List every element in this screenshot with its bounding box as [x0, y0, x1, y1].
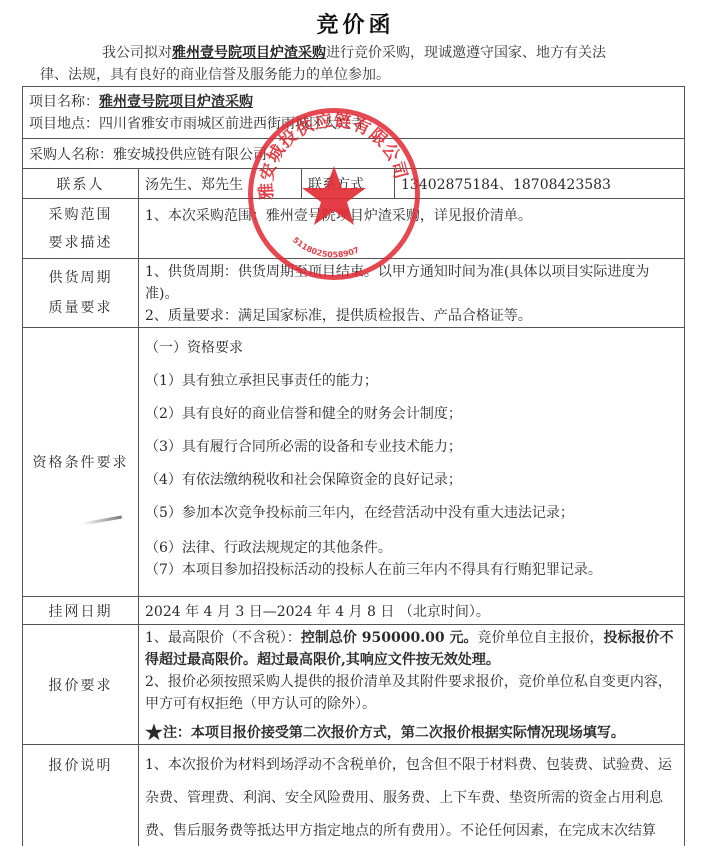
qualification-item-5: （5）参加本次竞争投标前三年内，在经营活动中没有重大违法记录； — [145, 497, 678, 530]
star-icon: ★ — [145, 720, 163, 744]
quote-requirements-text: 1、最高限价（不含税）：控制总价 950000.00 元。竞价单位自主报价，投标… — [139, 625, 685, 745]
bid-info-table: 项目名称：雅州壹号院项目炉渣采购 项目地点：四川省雅安市雨城区前进西街雨城区大兴… — [22, 86, 685, 846]
quote-explanation-text: 1、本次报价为材料到场浮动不含税单价，包含但不限于材料费、包装费、试验费、运 杂… — [139, 745, 685, 846]
quote-requirements-label: 报价要求 — [23, 625, 139, 745]
intro-project-name: 雅州壹号院项目炉渣采购 — [172, 45, 326, 61]
qualification-label: 资格条件要求 — [23, 328, 139, 597]
qualification-item-3: （3）具有履行合同所必需的设备和专业技术能力； — [145, 431, 678, 464]
intro-prefix: 我公司拟对 — [102, 45, 172, 61]
intro-paragraph: 我公司拟对雅州壹号院项目炉渣采购进行竞价采购，现诚邀遵守国家、地方有关法 律、法… — [40, 42, 680, 86]
supply-label-line1: 供货周期 — [29, 263, 132, 293]
contact-method-label: 联系方式 — [302, 169, 395, 199]
qualification-heading: （一）资格要求 — [145, 332, 678, 365]
quote-req-item-1: 1、最高限价（不含税）：控制总价 950000.00 元。竞价单位自主报价，投标… — [145, 627, 678, 671]
supply-line-1: 1、供货周期：供货周期至项目结束。以甲方通知时间为准(具体以项目实际进度为准)。 — [145, 261, 678, 305]
document-title: 竞价函 — [0, 8, 711, 39]
project-name-value: 雅州壹号院项目炉渣采购 — [99, 94, 253, 110]
project-info-cell: 项目名称：雅州壹号院项目炉渣采购 项目地点：四川省雅安市雨城区前进西街雨城区大兴… — [23, 87, 685, 139]
contact-phones: 13402875184、18708423583 — [395, 169, 685, 199]
qualification-item-1: （1）具有独立承担民事责任的能力； — [145, 365, 678, 398]
qualification-item-4: （4）有依法缴纳税收和社会保障资金的良好记录； — [145, 464, 678, 497]
quote-req-note-text: 注：本项目报价接受第二次报价方式，第二次报价根据实际情况现场填写。 — [163, 725, 625, 741]
qualification-item-7: （7）本项目参加招投标活动的投标人在前三年内不得具有行贿犯罪记录。 — [145, 560, 678, 580]
quote-req-item-1c: 竞价单位自主报价， — [477, 630, 603, 646]
quote-req-item-2: 2、报价必须按照采购人提供的报价清单及其附件要求报价，竞价单位私自变更内容，甲方… — [145, 671, 678, 715]
scope-label: 采购范围 要求描述 — [23, 199, 139, 259]
contact-label: 联系人 — [23, 169, 139, 199]
supply-label: 供货周期 质量要求 — [23, 259, 139, 328]
quote-explanation-label: 报价说明 — [23, 745, 139, 846]
contact-names: 汤先生、郑先生 — [139, 169, 302, 199]
supply-label-line2: 质量要求 — [29, 293, 132, 323]
supply-line-2: 2、质量要求：满足国家标准，提供质检报告、产品合格证等。 — [145, 305, 678, 327]
quote-req-max-price: 控制总价 950000.00 元。 — [301, 630, 478, 646]
quote-explanation-line-3: 费、售后服务费等抵达甲方指定地点的所有费用）。不论任何因素，在完成末次结算 — [145, 815, 678, 846]
quote-explanation-line-1: 1、本次报价为材料到场浮动不含税单价，包含但不限于材料费、包装费、试验费、运 — [145, 749, 678, 782]
posting-date-value: 2024 年 4 月 3 日—2024 年 4 月 8 日 （北京时间）。 — [139, 597, 685, 625]
scope-text: 1、本次采购范围：雅州壹号院项目炉渣采购，详见报价清单。 — [139, 199, 685, 259]
purchaser-label: 采购人名称： — [29, 147, 113, 163]
intro-line2: 律、法规，具有良好的商业信誉及服务能力的单位参加。 — [40, 64, 680, 86]
project-location-label: 项目地点： — [29, 116, 99, 132]
purchaser-value: 雅安城投供应链有限公司 — [113, 147, 267, 163]
supply-text: 1、供货周期：供货周期至项目结束。以甲方通知时间为准(具体以项目实际进度为准)。… — [139, 259, 685, 328]
qualification-text: （一）资格要求 （1）具有独立承担民事责任的能力； （2）具有良好的商业信誉和健… — [139, 328, 685, 597]
posting-date-label: 挂网日期 — [23, 597, 139, 625]
scope-label-line2: 要求描述 — [29, 229, 132, 257]
quote-req-note: ★注：本项目报价接受第二次报价方式，第二次报价根据实际情况现场填写。 — [145, 715, 678, 744]
project-location-value: 四川省雅安市雨城区前进西街雨城区大兴寺 — [99, 116, 365, 132]
qualification-item-2: （2）具有良好的商业信誉和健全的财务会计制度； — [145, 398, 678, 431]
qualification-item-6: （6）法律、行政法规规定的其他条件。 — [145, 530, 678, 560]
project-name-label: 项目名称： — [29, 94, 99, 110]
purchaser-cell: 采购人名称：雅安城投供应链有限公司 — [23, 139, 685, 169]
quote-explanation-line-2: 杂费、管理费、利润、安全风险费用、服务费、上下车费、垫资所需的资金占用利息 — [145, 782, 678, 815]
scope-label-line1: 采购范围 — [29, 201, 132, 229]
quote-req-item-1a: 1、最高限价（不含税）： — [145, 630, 301, 646]
intro-suffix: 进行竞价采购，现诚邀遵守国家、地方有关法 — [326, 45, 606, 61]
